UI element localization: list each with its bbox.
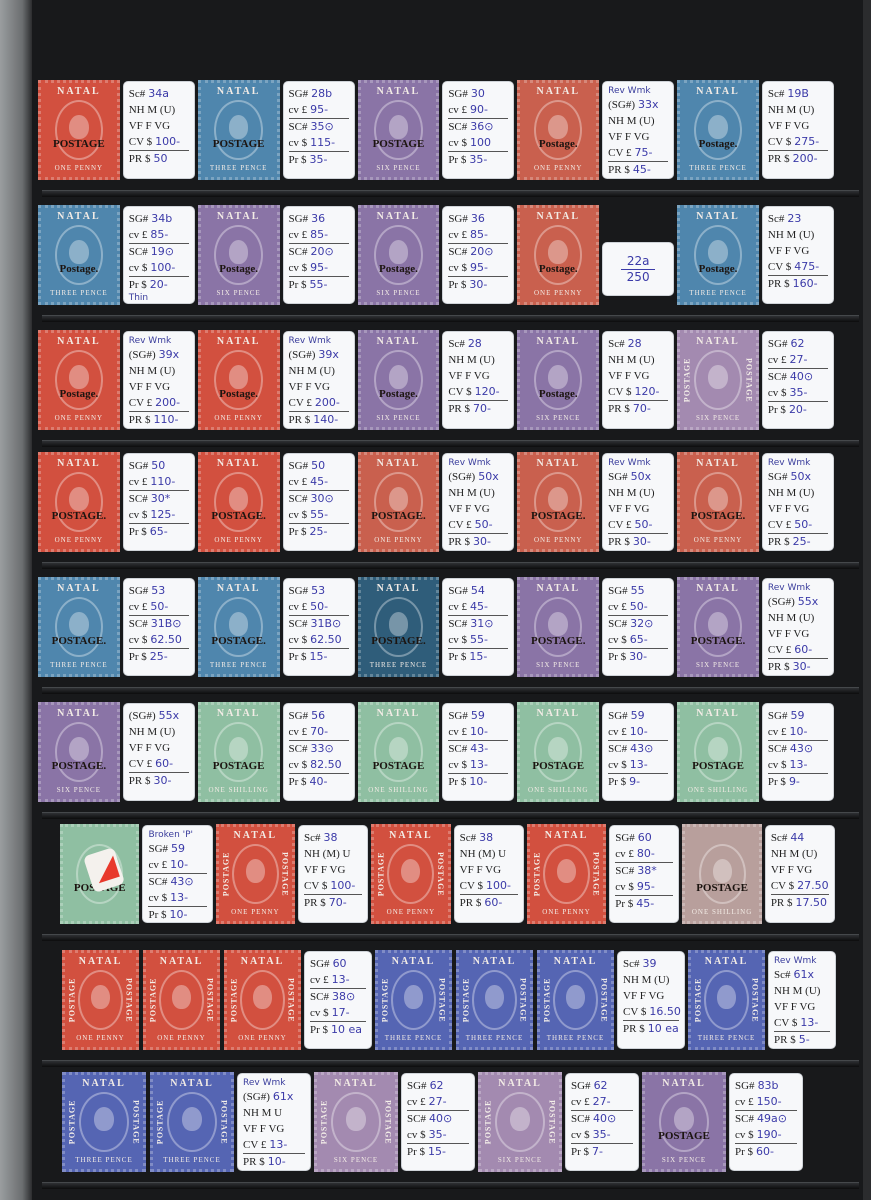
- stamp[interactable]: NATALPOSTAGE.ONE PENNY: [198, 452, 280, 552]
- stamp[interactable]: NATALPostage.SIX PENCE: [517, 330, 599, 430]
- card-line-label: Pr $: [448, 279, 466, 291]
- card-line-label: SC#: [735, 1113, 754, 1125]
- card-line-label: Sc#: [768, 213, 785, 225]
- stamp[interactable]: NATALPOSTAGEONE SHILLING: [677, 702, 759, 802]
- stamp-country-label: NATAL: [685, 87, 752, 97]
- card-line-value: 43-: [470, 742, 488, 755]
- card-line-value: 30⊙: [310, 492, 333, 505]
- price-card: Rev Wmk(SG#)39xNH M (U)VF F VGCV £200-PR…: [124, 332, 194, 428]
- card-line-label: SG#: [608, 710, 628, 722]
- card-line-label: VF F VG: [304, 864, 345, 876]
- card-line: CV $27.50: [771, 878, 829, 895]
- stamp-country-label: NATAL: [205, 337, 272, 347]
- stamp[interactable]: NATALPOSTAGEONE PENNY: [38, 80, 120, 180]
- card-line-value: 13-: [170, 891, 188, 904]
- card-line-value: 32⊙: [630, 617, 653, 630]
- card-line-value: 10-: [170, 908, 188, 921]
- card-line: VF F VG: [448, 501, 508, 517]
- card-line-value: 45-: [470, 600, 488, 613]
- stockbook-strip: [42, 315, 859, 322]
- card-line: Sc#38: [304, 830, 362, 846]
- card-line-label: PR $: [304, 897, 326, 909]
- card-line-label: Pr $: [608, 651, 626, 663]
- stamp-country-label: NATAL: [463, 957, 526, 967]
- stamp[interactable]: NATALPostage.SIX PENCE: [198, 205, 280, 305]
- card-line-label: NH (M) U: [304, 848, 350, 860]
- stamp-side-overprint-left: POSTAGE: [67, 970, 77, 1030]
- card-line-label: CV $: [774, 1017, 797, 1029]
- stamp-country-label: NATAL: [365, 337, 432, 347]
- card-line-value: 44: [790, 831, 804, 844]
- card-line: SG#30: [448, 86, 508, 102]
- card-line-label: PR $: [768, 278, 790, 290]
- card-line: VF F VG: [774, 999, 830, 1015]
- stamp[interactable]: NATALPOSTAGEONE SHILLING: [358, 702, 440, 802]
- stamp-portrait: [69, 365, 89, 389]
- card-line: cv $55-: [448, 632, 508, 649]
- card-line: SC#43-: [448, 741, 508, 757]
- card-line: Sc#44: [771, 830, 829, 846]
- stamp-country-label: NATAL: [205, 459, 272, 469]
- card-line-label: cv £: [407, 1096, 426, 1108]
- card-line-label: cv £: [289, 104, 308, 116]
- stamp-country-label: NATAL: [365, 87, 432, 97]
- card-line-value: 10-: [470, 725, 488, 738]
- stamp[interactable]: NATALPOSTAGEONE SHILLING: [517, 702, 599, 802]
- stamp[interactable]: NATALPOSTAGEPOSTAGETHREE PENCE: [456, 950, 533, 1050]
- card-line: PR $50: [129, 151, 189, 167]
- stamp-value-label: THREE PENCE: [382, 1033, 445, 1043]
- card-line: VF F VG: [129, 740, 189, 756]
- stamp-portrait: [708, 115, 728, 139]
- card-line-value: 55-: [470, 633, 488, 646]
- stamp-overprint: Postage.: [201, 388, 277, 400]
- card-line: Pr $20-: [768, 402, 828, 418]
- card-line: SG#83b: [735, 1078, 797, 1094]
- card-line-label: NH M (U): [608, 115, 654, 127]
- stamp-portrait: [389, 737, 409, 761]
- stamp[interactable]: NATALPOSTAGE.SIX PENCE: [517, 577, 599, 677]
- card-line: cv $55-: [289, 507, 349, 524]
- stamp[interactable]: NATALPostage.THREE PENCE: [677, 80, 759, 180]
- card-line-label: VF F VG: [768, 245, 809, 257]
- stamp-side-overprint-right: POSTAGE: [124, 970, 134, 1030]
- card-line: VF F VG: [448, 368, 508, 384]
- card-line-label: CV £: [289, 397, 312, 409]
- price-card: Rev Wmk(SG#)33xNH M (U)VF F VGCV £75-PR …: [603, 82, 673, 178]
- stamp-overprint: Postage.: [680, 138, 756, 150]
- stamp[interactable]: NATALPostage.ONE PENNY: [38, 330, 120, 430]
- card-line: NH M (U): [608, 113, 668, 129]
- card-line-label: CV $: [304, 880, 327, 892]
- card-line: SC#19⊙: [129, 244, 189, 260]
- card-line-value: 100: [470, 136, 491, 149]
- card-line: (SG#)61x: [243, 1089, 305, 1105]
- stamp-side-overprint-right: POSTAGE: [383, 1092, 393, 1152]
- card-line: SC#40⊙: [571, 1111, 633, 1127]
- card-line: CV £50-: [768, 517, 828, 534]
- card-line-value: 150-: [757, 1095, 782, 1108]
- card-line: cv $13-: [148, 890, 206, 907]
- stamp-value-label: THREE PENCE: [70, 1155, 139, 1165]
- stamp[interactable]: NATALPOSTAGESIX PENCE: [642, 1072, 726, 1172]
- card-line: (SG#)55x: [768, 594, 828, 610]
- price-card: SG#36cv £85-SC#20⊙cv $95-Pr $55-: [284, 207, 354, 303]
- stamp-country-label: NATAL: [231, 957, 294, 967]
- stamp[interactable]: NATALPOSTAGEPOSTAGEONE PENNY: [62, 950, 139, 1050]
- card-line-label: VF F VG: [289, 381, 330, 393]
- stamp[interactable]: NATALPOSTAGEONE SHILLING: [198, 702, 280, 802]
- card-line: cv $65-: [608, 632, 668, 649]
- stamp-overprint: POSTAGE.: [680, 510, 756, 522]
- card-line-label: (SG#): [608, 99, 635, 111]
- stockbook-right-edge: [863, 0, 871, 1200]
- stamp[interactable]: NATALPostage.ONE PENNY: [517, 205, 599, 305]
- stamp[interactable]: POSTAGE: [60, 824, 139, 924]
- stamp[interactable]: NATALPostage.SIX PENCE: [358, 205, 440, 305]
- card-line-label: PR $: [608, 403, 630, 415]
- stamp[interactable]: NATALPostage.SIX PENCE: [358, 330, 440, 430]
- card-catalog-number: 22a: [621, 254, 656, 270]
- price-card: SG#28bcv £95-SC#35⊙cv $115-Pr $35-: [284, 82, 354, 178]
- card-line: CV $13-: [774, 1015, 830, 1032]
- card-line: cv $82.50: [289, 757, 349, 774]
- card-note: Rev Wmk: [608, 86, 668, 97]
- card-line: Pr $65-: [129, 524, 189, 540]
- card-line-value: 13-: [269, 1138, 287, 1151]
- stamp[interactable]: NATALPOSTAGETHREE PENCE: [198, 80, 280, 180]
- stamp-country-label: NATAL: [685, 584, 752, 594]
- stamp-portrait: [346, 1107, 366, 1131]
- card-line-label: VF F VG: [771, 864, 812, 876]
- card-line: SC#43⊙: [768, 741, 828, 757]
- card-line-label: SG#: [148, 843, 168, 855]
- card-line-label: PR $: [289, 414, 311, 426]
- card-line-label: VF F VG: [768, 120, 809, 132]
- card-line: NH M (U): [289, 363, 349, 379]
- stamp[interactable]: NATALPOSTAGE.THREE PENCE: [358, 577, 440, 677]
- card-line: PR $30-: [768, 659, 828, 675]
- stamp[interactable]: NATALPOSTAGEPOSTAGESIX PENCE: [314, 1072, 398, 1172]
- card-line: SC#31B⊙: [129, 616, 189, 632]
- price-card: Sc#28NH M (U)VF F VGCV $120-PR $70-: [603, 332, 673, 428]
- card-line: cv $115-: [289, 135, 349, 152]
- card-line-label: cv £: [615, 848, 634, 860]
- card-line: NH M (U): [771, 846, 829, 862]
- card-line-label: SC#: [289, 493, 308, 505]
- card-line-value: 60: [638, 831, 652, 844]
- stamp-side-overprint-left: POSTAGE: [483, 1092, 493, 1152]
- card-line-label: (SG#): [129, 710, 156, 722]
- card-line: SC#43⊙: [148, 874, 206, 890]
- card-line: cv £10-: [608, 724, 668, 741]
- card-line-label: NH M (U): [768, 612, 814, 624]
- card-line-label: CV $: [460, 880, 483, 892]
- card-line: Pr $35-: [448, 152, 508, 168]
- stamp[interactable]: NATALPOSTAGEPOSTAGETHREE PENCE: [150, 1072, 234, 1172]
- price-card: Sc#38NH (M) UVF F VGCV $100-PR $60-: [455, 826, 523, 922]
- card-line: NH M (U): [448, 352, 508, 368]
- stamp-country-label: NATAL: [365, 584, 432, 594]
- card-line-label: SC#: [768, 743, 787, 755]
- card-line-value: 53: [311, 584, 325, 597]
- card-line: VF F VG: [608, 368, 668, 384]
- stamp-portrait: [253, 985, 271, 1009]
- card-line-label: cv £: [448, 104, 467, 116]
- price-card: Rev Wmk(SG#)39xNH M (U)VF F VGCV £200-PR…: [284, 332, 354, 428]
- card-line: Sc#28: [448, 336, 508, 352]
- card-line: PR $200-: [768, 151, 828, 167]
- stamp-value-label: SIX PENCE: [205, 288, 272, 298]
- card-line-value: 120-: [475, 385, 500, 398]
- card-line-label: VF F VG: [129, 120, 170, 132]
- card-line-label: cv $: [129, 262, 148, 274]
- card-line: cv £27-: [407, 1094, 469, 1111]
- price-card: SG#59cv £10-SC#43-cv $13-Pr $10-: [443, 704, 513, 800]
- stamp[interactable]: NATALPOSTAGE.ONE PENNY: [358, 452, 440, 552]
- stamp-portrait: [548, 737, 568, 761]
- stamp[interactable]: NATALPOSTAGEPOSTAGETHREE PENCE: [537, 950, 614, 1050]
- card-line: NH M (U): [129, 363, 189, 379]
- stamp-portrait: [182, 1107, 202, 1131]
- card-line: NH M (U): [768, 485, 828, 501]
- stamp-country-label: NATAL: [695, 957, 758, 967]
- card-line-value: 60-: [756, 1145, 774, 1158]
- stockbook-strip: [42, 1060, 859, 1067]
- card-line-value: 39x: [159, 348, 180, 361]
- card-line: VF F VG: [768, 501, 828, 517]
- card-line-value: 39x: [318, 348, 339, 361]
- stamp[interactable]: NATALPOSTAGEPOSTAGEONE PENNY: [371, 824, 450, 924]
- stamp[interactable]: NATALPOSTAGEPOSTAGEONE PENNY: [527, 824, 606, 924]
- card-line-label: NH M (U): [608, 354, 654, 366]
- card-line-value: 60-: [155, 757, 173, 770]
- card-line-value: 19B: [787, 87, 809, 100]
- stamp-side-overprint-right: POSTAGE: [437, 970, 447, 1030]
- stamp-value-label: SIX PENCE: [365, 288, 432, 298]
- card-line-value: 56: [311, 709, 325, 722]
- stamp-country-label: NATAL: [365, 212, 432, 222]
- stamp[interactable]: NATALPostage.THREE PENCE: [677, 205, 759, 305]
- stamp-value-label: THREE PENCE: [46, 660, 113, 670]
- card-line: cv £50-: [129, 599, 189, 616]
- card-line: CV £50-: [608, 517, 668, 534]
- card-line-value: 10-: [630, 725, 648, 738]
- card-line-value: 7-: [592, 1145, 603, 1158]
- stamp[interactable]: NATALPostage.THREE PENCE: [38, 205, 120, 305]
- card-line: SG#28b: [289, 86, 349, 102]
- card-line: SC#43⊙: [608, 741, 668, 757]
- stamp-portrait: [389, 240, 409, 264]
- card-line: CV $120-: [608, 384, 668, 401]
- card-line-label: SC#: [289, 246, 308, 258]
- card-line-value: 43⊙: [170, 875, 193, 888]
- stamp[interactable]: NATALPOSTAGE.SIX PENCE: [38, 702, 120, 802]
- card-line: cv £10-: [448, 724, 508, 741]
- stamp-side-overprint-right: POSTAGE: [436, 844, 446, 904]
- card-line-label: PR $: [771, 897, 793, 909]
- price-card: SG#60cv £13-SC#38⊙cv $17-Pr $10 ea: [305, 952, 371, 1048]
- card-line: cv £110-: [129, 474, 189, 491]
- card-line-label: cv £: [129, 601, 148, 613]
- card-line-value: 25-: [310, 525, 328, 538]
- card-line-value: 65-: [150, 525, 168, 538]
- card-line-label: PR $: [129, 775, 151, 787]
- stamp-portrait: [708, 737, 728, 761]
- stamp-value-label: ONE PENNY: [534, 907, 599, 917]
- card-line-label: CV £: [243, 1139, 266, 1151]
- card-line-value: 275-: [794, 135, 819, 148]
- card-line-label: CV $: [129, 136, 152, 148]
- card-line: PR $70-: [608, 401, 668, 417]
- card-line-label: Sc#: [771, 832, 788, 844]
- card-note: Broken 'P': [148, 830, 206, 841]
- card-line: cv £10-: [148, 857, 206, 874]
- stamp[interactable]: NATALPostage.ONE PENNY: [517, 80, 599, 180]
- stamp[interactable]: NATALPOSTAGE.THREE PENCE: [198, 577, 280, 677]
- card-line-value: 13-: [630, 758, 648, 771]
- stamp-value-label: ONE SHILLING: [685, 785, 752, 795]
- card-line: VF F VG: [304, 862, 362, 878]
- card-line-value: 50: [311, 459, 325, 472]
- stamp[interactable]: NATALPOSTAGE.ONE PENNY: [517, 452, 599, 552]
- stamp-side-overprint-left: POSTAGE: [67, 1092, 77, 1152]
- stockbook-page: NATALPOSTAGEONE PENNYSc#34aNH M (U)VF F …: [32, 0, 863, 1200]
- stamp-country-label: NATAL: [46, 709, 113, 719]
- stamp-overprint: Postage.: [201, 263, 277, 275]
- stamp[interactable]: NATALPOSTAGEPOSTAGEONE PENNY: [143, 950, 220, 1050]
- card-line: cv £150-: [735, 1094, 797, 1111]
- stamp-country-label: NATAL: [46, 459, 113, 469]
- card-line-label: cv £: [148, 859, 167, 871]
- card-line-label: SG#: [608, 585, 628, 597]
- card-line-value: 40-: [310, 775, 328, 788]
- card-line-label: (SG#): [289, 349, 316, 361]
- card-line-label: NH M (U): [129, 726, 175, 738]
- card-line-value: 59: [790, 709, 804, 722]
- card-line: cv $62.50: [289, 632, 349, 649]
- stamp-overprint: POSTAGE.: [41, 635, 117, 647]
- card-line-value: 10-: [790, 725, 808, 738]
- stamp-value-label: ONE SHILLING: [525, 785, 592, 795]
- card-note: Rev Wmk: [289, 336, 349, 347]
- stamp-value-label: ONE PENNY: [150, 1033, 213, 1043]
- card-line-value: 50: [151, 459, 165, 472]
- card-line-value: 13-: [800, 1016, 818, 1029]
- card-line-value: 70-: [633, 402, 651, 415]
- card-line-label: SG#: [289, 213, 309, 225]
- stamp-portrait: [229, 737, 249, 761]
- card-line-label: CV £: [448, 519, 471, 531]
- stamp-overprint: Postage.: [361, 388, 437, 400]
- card-line: CV $275-: [768, 134, 828, 151]
- price-card: SG#59cv £10-SC#43⊙cv $13-Pr $9-: [763, 704, 833, 800]
- stamp-country-label: NATAL: [150, 957, 213, 967]
- stamp-side-overprint-right: POSTAGE: [205, 970, 215, 1030]
- stamp-side-overprint-right: POSTAGE: [599, 970, 609, 1030]
- card-line-label: CV £: [768, 519, 791, 531]
- stamp[interactable]: NATALPOSTAGEPOSTAGEONE PENNY: [224, 950, 301, 1050]
- stamp[interactable]: NATALPOSTAGE.SIX PENCE: [677, 577, 759, 677]
- stamp[interactable]: NATALPOSTAGESIX PENCE: [358, 80, 440, 180]
- stamp-overprint: POSTAGE: [41, 138, 117, 150]
- card-line-value: 62.50: [150, 633, 182, 646]
- card-line-label: cv $: [289, 262, 308, 274]
- card-line: NH M (U): [608, 352, 668, 368]
- card-line-label: VF F VG: [243, 1123, 284, 1135]
- card-line: VF F VG: [129, 118, 189, 134]
- card-line-value: 20-: [789, 403, 807, 416]
- stamp-side-overprint-left: POSTAGE: [380, 970, 390, 1030]
- card-line-label: SC#: [129, 246, 148, 258]
- stamp[interactable]: NATALPostage.ONE PENNY: [198, 330, 280, 430]
- stamp-side-overprint-left: POSTAGE: [461, 970, 471, 1030]
- stamp-overprint: POSTAGE: [361, 760, 437, 772]
- stamp-value-label: THREE PENCE: [46, 288, 113, 298]
- stamp[interactable]: NATALPOSTAGEPOSTAGETHREE PENCE: [688, 950, 765, 1050]
- stamp[interactable]: NATALPOSTAGEPOSTAGEONE PENNY: [216, 824, 295, 924]
- card-line-value: 36: [471, 212, 485, 225]
- stamp-side-overprint-right: POSTAGE: [131, 1092, 141, 1152]
- stamp[interactable]: NATALPOSTAGE.ONE PENNY: [677, 452, 759, 552]
- stamp-value-label: SIX PENCE: [46, 785, 113, 795]
- stamp-value-label: ONE PENNY: [205, 413, 272, 423]
- stamp[interactable]: NATALPOSTAGEPOSTAGETHREE PENCE: [62, 1072, 146, 1172]
- stamp-value-label: THREE PENCE: [463, 1033, 526, 1043]
- card-line: SG#60: [310, 956, 366, 972]
- stamp[interactable]: NATALPOSTAGE.THREE PENCE: [38, 577, 120, 677]
- card-line-value: 70-: [329, 896, 347, 909]
- stamp-value-label: ONE PENNY: [525, 163, 592, 173]
- card-line-value: 61x: [273, 1090, 294, 1103]
- card-line: Pr $10-: [148, 907, 206, 923]
- card-line-value: 43⊙: [630, 742, 653, 755]
- card-line-value: 59: [631, 709, 645, 722]
- card-line-value: 62: [790, 337, 804, 350]
- stamp[interactable]: NATALPOSTAGEPOSTAGETHREE PENCE: [375, 950, 452, 1050]
- card-line: cv £85-: [448, 227, 508, 244]
- card-line-label: SC#: [148, 876, 167, 888]
- card-line-value: 125-: [150, 508, 175, 521]
- stamp-portrait: [717, 985, 735, 1009]
- stamp[interactable]: NATALPOSTAGEPOSTAGESIX PENCE: [478, 1072, 562, 1172]
- card-line: Pr $60-: [735, 1144, 797, 1160]
- card-line: SG#36: [448, 211, 508, 227]
- card-line: CV $16.50: [623, 1004, 679, 1021]
- card-line: cv $190-: [735, 1127, 797, 1144]
- card-line: SC#31⊙: [448, 616, 508, 632]
- stamp-country-label: NATAL: [322, 1079, 391, 1089]
- card-line-label: Pr $: [615, 898, 633, 910]
- card-line: PR $140-: [289, 412, 349, 428]
- stamp-portrait: [389, 612, 409, 636]
- stamp-overprint: Postage.: [520, 263, 596, 275]
- card-line-label: SG#: [289, 710, 309, 722]
- stamp[interactable]: NATALPOSTAGE.ONE PENNY: [38, 452, 120, 552]
- card-line: cv $13-: [608, 757, 668, 774]
- stamp[interactable]: POSTAGEONE SHILLING: [682, 824, 761, 924]
- card-line-label: cv $: [289, 759, 308, 771]
- card-line: cv £70-: [289, 724, 349, 741]
- card-line-value: 10-: [469, 775, 487, 788]
- card-line: SC#30⊙: [289, 491, 349, 507]
- card-line-label: VF F VG: [608, 503, 649, 515]
- price-card: SG#30cv £90-SC#36⊙cv $100Pr $35-: [443, 82, 513, 178]
- card-line-label: NH M (U): [768, 229, 814, 241]
- card-line-value: 33⊙: [310, 742, 333, 755]
- stamp[interactable]: NATALPOSTAGEPOSTAGESIX PENCE: [677, 330, 759, 430]
- card-line-value: 30*: [151, 492, 171, 505]
